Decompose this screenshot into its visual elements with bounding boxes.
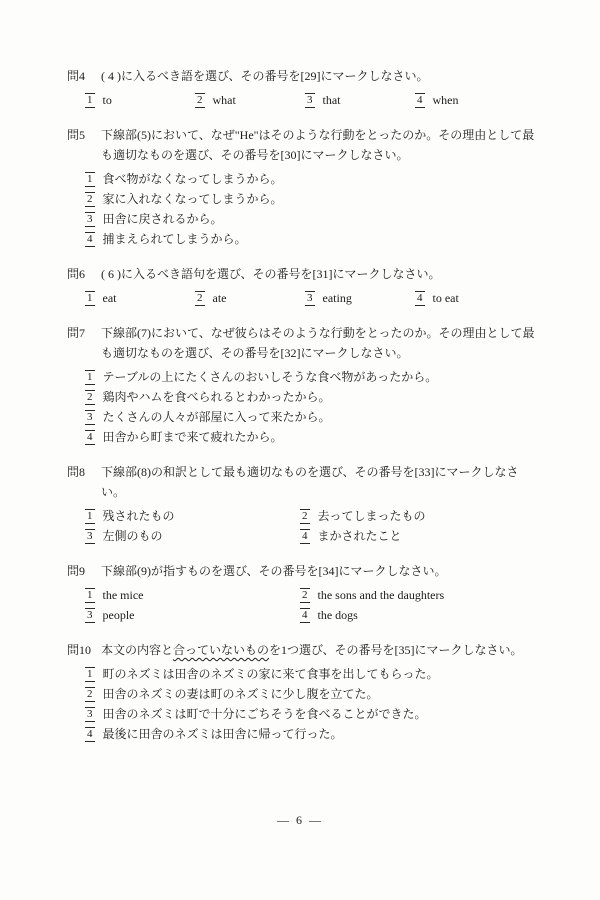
question-label: 問9 (67, 561, 101, 581)
choice-row: 1eat 2ate 3eating 4to eat (67, 288, 540, 308)
page-number: — 6 — (0, 810, 600, 830)
choice-number: 3 (85, 212, 95, 227)
choice-item: 1町のネズミは田舎のネズミの家に来て食事を出してもらった。 (85, 664, 540, 684)
choice-list: 1町のネズミは田舎のネズミの家に来て食事を出してもらった。 2田舎のネズミの妻は… (67, 664, 540, 744)
question-head: 問9 下線部(9)が指すものを選び、その番号を[34]にマークしなさい。 (67, 561, 540, 581)
choice-item: 1残されたもの (85, 506, 300, 526)
choice-number: 2 (195, 93, 205, 108)
question-prompt: 下線部(5)において、なぜ"He"はそのような行動をとったのか。その理由として最… (101, 125, 540, 165)
choice-number: 4 (415, 93, 425, 108)
choice-text: eat (103, 291, 117, 305)
choice-text: people (103, 608, 135, 622)
question-block-9: 問9 下線部(9)が指すものを選び、その番号を[34]にマークしなさい。 1th… (67, 561, 540, 625)
choice-text: the dogs (318, 608, 358, 622)
question-block-5: 問5 下線部(5)において、なぜ"He"はそのような行動をとったのか。その理由と… (67, 125, 540, 249)
choice-text: the sons and the daughters (318, 588, 445, 602)
question-block-10: 問10 本文の内容と合っていないものを1つ選び、その番号を[35]にマークしなさ… (67, 640, 540, 744)
choice-number: 3 (85, 608, 95, 623)
question-label: 問4 (67, 66, 101, 86)
choice-item: 2家に入れなくなってしまうから。 (85, 189, 540, 209)
choice-grid: 1the mice 2the sons and the daughters 3p… (67, 585, 540, 625)
choice-text: 田舎から町まで来て疲れたから。 (103, 430, 283, 444)
choice-number: 4 (300, 529, 310, 544)
choice-number: 1 (85, 588, 95, 603)
choice-text: 残されたもの (103, 509, 175, 523)
question-block-6: 問6 ( 6 )に入るべき語句を選び、その番号を[31]にマークしなさい。 1e… (67, 264, 540, 308)
choice-item: 2鶏肉やハムを食べられるとわかったから。 (85, 387, 540, 407)
choice-item: 2ate (195, 288, 305, 308)
choice-item: 2田舎のネズミの妻は町のネズミに少し腹を立てた。 (85, 684, 540, 704)
choice-text: テーブルの上にたくさんのおいしそうな食べ物があったから。 (103, 370, 438, 384)
choice-text: たくさんの人々が部屋に入って来たから。 (103, 410, 331, 424)
choice-text: 田舎に戻されるから。 (103, 212, 223, 226)
choice-text: まかされたこと (318, 529, 402, 543)
choice-list: 1食べ物がなくなってしまうから。 2家に入れなくなってしまうから。 3田舎に戻さ… (67, 169, 540, 249)
choice-item: 3たくさんの人々が部屋に入って来たから。 (85, 407, 540, 427)
choice-number: 4 (300, 608, 310, 623)
question-label: 問6 (67, 264, 101, 284)
choice-item: 2去ってしまったもの (300, 506, 540, 526)
choice-item: 4捕まえられてしまうから。 (85, 229, 540, 249)
choice-item: 1the mice (85, 585, 300, 605)
question-label: 問7 (67, 323, 101, 363)
choice-number: 4 (85, 430, 95, 445)
question-block-8: 問8 下線部(8)の和訳として最も適切なものを選び、その番号を[33]にマークし… (67, 462, 540, 546)
choice-number: 2 (85, 192, 95, 207)
question-prompt: ( 4 )に入るべき語を選び、その番号を[29]にマークしなさい。 (101, 66, 540, 86)
choice-number: 1 (85, 93, 95, 108)
question-prompt: 下線部(7)において、なぜ彼らはそのような行動をとったのか。その理由として最も適… (101, 323, 540, 363)
choice-text: 最後に田舎のネズミは田舎に帰って行った。 (103, 727, 343, 741)
choice-item: 4最後に田舎のネズミは田舎に帰って行った。 (85, 724, 540, 744)
choice-number: 1 (85, 667, 95, 682)
choice-number: 2 (85, 390, 95, 405)
choice-item: 3左側のもの (85, 526, 300, 546)
choice-item: 4まかされたこと (300, 526, 540, 546)
choice-item: 4to eat (415, 288, 540, 308)
choice-number: 2 (300, 588, 310, 603)
question-head: 問6 ( 6 )に入るべき語句を選び、その番号を[31]にマークしなさい。 (67, 264, 540, 284)
choice-item: 2the sons and the daughters (300, 585, 540, 605)
question-head: 問4 ( 4 )に入るべき語を選び、その番号を[29]にマークしなさい。 (67, 66, 540, 86)
choice-number: 3 (305, 291, 315, 306)
prompt-wavy-underline-text: 合っていないもの (173, 643, 269, 657)
choice-text: to (103, 93, 112, 107)
choice-item: 2what (195, 90, 305, 110)
choice-text: 田舎のネズミは町で十分にごちそうを食べることができた。 (103, 707, 427, 721)
question-prompt: 下線部(9)が指すものを選び、その番号を[34]にマークしなさい。 (101, 561, 540, 581)
choice-text: 捕まえられてしまうから。 (103, 232, 247, 246)
choice-text: 町のネズミは田舎のネズミの家に来て食事を出してもらった。 (103, 667, 439, 681)
choice-number: 2 (85, 687, 95, 702)
choice-item: 4the dogs (300, 605, 540, 625)
choice-item: 3田舎に戻されるから。 (85, 209, 540, 229)
prompt-text: を1つ選び、その番号を[35]にマークしなさい。 (269, 643, 523, 657)
question-head: 問7 下線部(7)において、なぜ彼らはそのような行動をとったのか。その理由として… (67, 323, 540, 363)
choice-item: 4when (415, 90, 540, 110)
choice-text: when (433, 93, 459, 107)
choice-number: 4 (85, 727, 95, 742)
choice-number: 3 (85, 707, 95, 722)
choice-number: 2 (195, 291, 205, 306)
question-label: 問10 (67, 640, 101, 660)
question-head: 問5 下線部(5)において、なぜ"He"はそのような行動をとったのか。その理由と… (67, 125, 540, 165)
choice-text: eating (323, 291, 352, 305)
choice-text: 家に入れなくなってしまうから。 (103, 192, 283, 206)
question-block-7: 問7 下線部(7)において、なぜ彼らはそのような行動をとったのか。その理由として… (67, 323, 540, 447)
choice-number: 1 (85, 172, 95, 187)
choice-list: 1テーブルの上にたくさんのおいしそうな食べ物があったから。 2鶏肉やハムを食べら… (67, 367, 540, 447)
choice-text: 去ってしまったもの (318, 509, 426, 523)
choice-text: 鶏肉やハムを食べられるとわかったから。 (103, 390, 331, 404)
choice-number: 1 (85, 291, 95, 306)
choice-text: to eat (433, 291, 459, 305)
choice-text: what (213, 93, 236, 107)
question-head: 問10 本文の内容と合っていないものを1つ選び、その番号を[35]にマークしなさ… (67, 640, 540, 660)
choice-item: 3eating (305, 288, 415, 308)
question-prompt: 下線部(8)の和訳として最も適切なものを選び、その番号を[33]にマークしなさい… (101, 462, 540, 502)
choice-text: the mice (103, 588, 144, 602)
question-prompt: ( 6 )に入るべき語句を選び、その番号を[31]にマークしなさい。 (101, 264, 540, 284)
choice-number: 1 (85, 509, 95, 524)
choice-grid: 1残されたもの 2去ってしまったもの 3左側のもの 4まかされたこと (67, 506, 540, 546)
prompt-text: 本文の内容と (101, 643, 173, 657)
choice-item: 1食べ物がなくなってしまうから。 (85, 169, 540, 189)
choice-text: 食べ物がなくなってしまうから。 (103, 172, 283, 186)
question-label: 問8 (67, 462, 101, 502)
choice-item: 1to (85, 90, 195, 110)
choice-item: 1テーブルの上にたくさんのおいしそうな食べ物があったから。 (85, 367, 540, 387)
exam-page: 問4 ( 4 )に入るべき語を選び、その番号を[29]にマークしなさい。 1to… (0, 0, 600, 900)
choice-number: 1 (85, 370, 95, 385)
question-head: 問8 下線部(8)の和訳として最も適切なものを選び、その番号を[33]にマークし… (67, 462, 540, 502)
question-block-4: 問4 ( 4 )に入るべき語を選び、その番号を[29]にマークしなさい。 1to… (67, 66, 540, 110)
choice-row: 1to 2what 3that 4when (67, 90, 540, 110)
choice-item: 3that (305, 90, 415, 110)
choice-item: 3people (85, 605, 300, 625)
choice-text: 田舎のネズミの妻は町のネズミに少し腹を立てた。 (103, 687, 379, 701)
choice-text: ate (213, 291, 227, 305)
choice-text: that (323, 93, 341, 107)
choice-number: 3 (85, 410, 95, 425)
choice-number: 4 (85, 232, 95, 247)
choice-item: 4田舎から町まで来て疲れたから。 (85, 427, 540, 447)
exam-content: 問4 ( 4 )に入るべき語を選び、その番号を[29]にマークしなさい。 1to… (67, 66, 540, 759)
question-label: 問5 (67, 125, 101, 165)
choice-number: 2 (300, 509, 310, 524)
choice-text: 左側のもの (103, 529, 163, 543)
choice-item: 3田舎のネズミは町で十分にごちそうを食べることができた。 (85, 704, 540, 724)
question-prompt: 本文の内容と合っていないものを1つ選び、その番号を[35]にマークしなさい。 (101, 640, 540, 660)
choice-number: 3 (85, 529, 95, 544)
choice-number: 3 (305, 93, 315, 108)
choice-number: 4 (415, 291, 425, 306)
choice-item: 1eat (85, 288, 195, 308)
